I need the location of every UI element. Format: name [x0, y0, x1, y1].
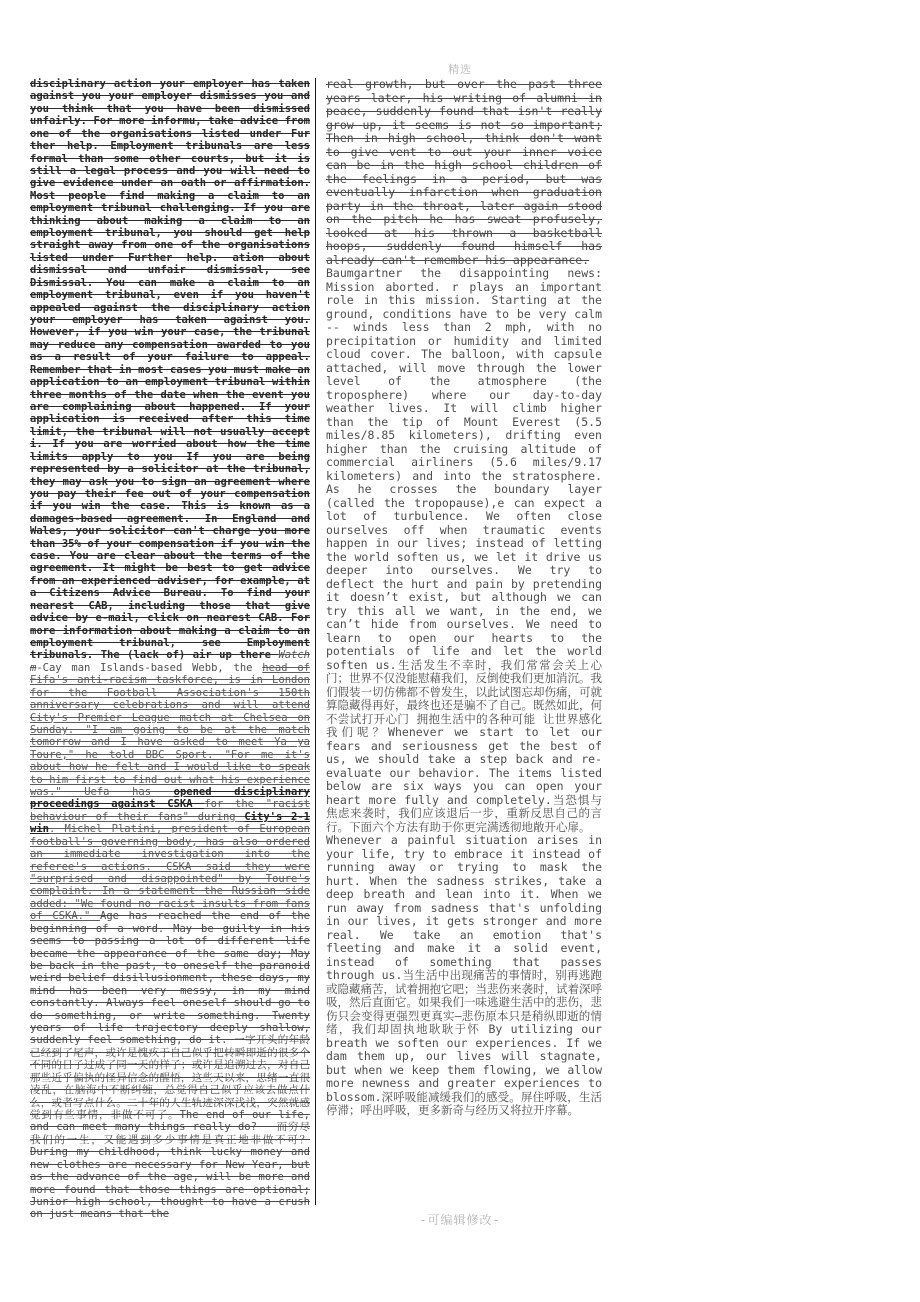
text-segment: disciplinary action your employer has ta… — [30, 78, 310, 661]
editable-footer-note: -可编辑修改- — [0, 1211, 920, 1228]
column-divider — [315, 78, 316, 1205]
paragraph: Whenever a painful situation arises in y… — [326, 834, 602, 1118]
text-segment: . Michel Platini, president of European … — [30, 823, 310, 922]
left-text-column: disciplinary action your employer has ta… — [30, 78, 310, 1221]
text-segment: During my childhood, think lucky money a… — [30, 1146, 310, 1220]
paragraph: Baumgartner the disappointing news: Miss… — [326, 267, 602, 834]
text-segment: Age has reached the end of the beginning… — [30, 910, 310, 1046]
watermark-text: 精选 — [0, 61, 920, 77]
paragraph: real growth, but over the past three yea… — [326, 78, 602, 267]
right-text-column: real growth, but over the past three yea… — [326, 78, 602, 1118]
document-page: 精选 disciplinary action your employer has… — [0, 0, 920, 1302]
text-segment: head of Fifa's anti-racism taskforce, is… — [30, 662, 310, 798]
text-segment: -Cay man Islands-based Webb, the — [36, 662, 262, 674]
